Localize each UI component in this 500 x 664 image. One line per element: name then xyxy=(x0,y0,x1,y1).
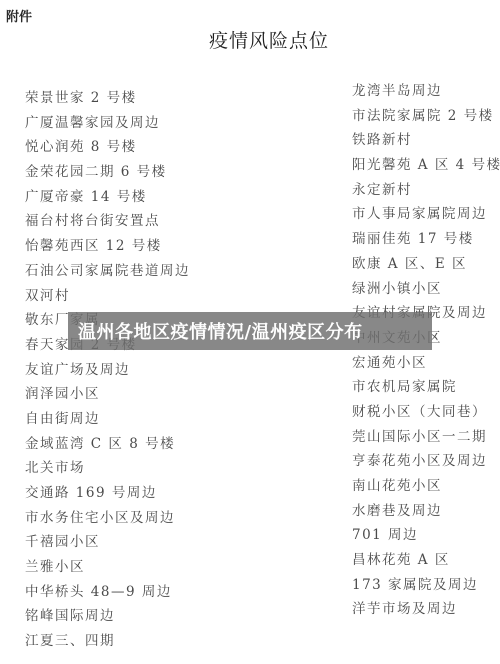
list-item: 广厦帝豪 14 号楼 xyxy=(25,185,190,210)
list-item: 怡馨苑西区 12 号楼 xyxy=(25,234,190,259)
list-item: 金荣花园二期 6 号楼 xyxy=(25,160,190,185)
list-item: 龙湾半岛周边 xyxy=(352,79,500,104)
list-item: 市水务住宅小区及周边 xyxy=(25,506,190,531)
list-item: 石油公司家属院巷道周边 xyxy=(25,259,190,284)
list-item: 双河村 xyxy=(25,284,190,309)
list-item: 市人事局家属院周边 xyxy=(352,202,500,227)
risk-points-left-column: 荣景世家 2 号楼 广厦温馨家园及周边 悦心润苑 8 号楼 金荣花园二期 6 号… xyxy=(25,86,190,654)
list-item: 亨泰花苑小区及周边 xyxy=(352,449,500,474)
list-item: 市农机局家属院 xyxy=(352,375,500,400)
list-item: 千禧园小区 xyxy=(25,530,190,555)
list-item: 市法院家属院 2 号楼 xyxy=(352,104,500,129)
page-title: 疫情风险点位 xyxy=(0,26,500,53)
list-item: 701 周边 xyxy=(352,523,500,548)
list-item: 江夏三、四期 xyxy=(25,629,190,654)
list-item: 阳光馨苑 A 区 4 号楼 xyxy=(352,153,500,178)
list-item: 昌林花苑 A 区 xyxy=(352,548,500,573)
list-item: 欧康 A 区、E 区 xyxy=(352,252,500,277)
risk-points-right-column: 龙湾半岛周边 市法院家属院 2 号楼 铁路新村 阳光馨苑 A 区 4 号楼 永定… xyxy=(352,79,500,622)
overlay-caption-text: 温州各地区疫情情况/温州疫区分布 xyxy=(78,318,363,344)
list-item: 友谊广场及周边 xyxy=(25,358,190,383)
list-item: 永定新村 xyxy=(352,178,500,203)
list-item: 兰雅小区 xyxy=(25,555,190,580)
list-item: 宏通苑小区 xyxy=(352,351,500,376)
list-item: 莞山国际小区一二期 xyxy=(352,425,500,450)
list-item: 北关市场 xyxy=(25,456,190,481)
list-item: 交通路 169 号周边 xyxy=(25,481,190,506)
list-item: 福台村将台街安置点 xyxy=(25,209,190,234)
list-item: 广厦温馨家园及周边 xyxy=(25,111,190,136)
list-item: 南山花苑小区 xyxy=(352,474,500,499)
list-item: 金域蓝湾 C 区 8 号楼 xyxy=(25,432,190,457)
list-item: 绿洲小镇小区 xyxy=(352,277,500,302)
list-item: 瑞丽佳苑 17 号楼 xyxy=(352,227,500,252)
list-item: 自由街周边 xyxy=(25,407,190,432)
list-item: 悦心润苑 8 号楼 xyxy=(25,135,190,160)
list-item: 洋芋市场及周边 xyxy=(352,597,500,622)
list-item: 水磨巷及周边 xyxy=(352,499,500,524)
list-item: 财税小区（大同巷） xyxy=(352,400,500,425)
list-item: 173 家属院及周边 xyxy=(352,573,500,598)
attachment-label: 附件 xyxy=(6,6,32,25)
list-item: 润泽园小区 xyxy=(25,382,190,407)
list-item: 中华桥头 48—9 周边 xyxy=(25,580,190,605)
list-item: 铁路新村 xyxy=(352,128,500,153)
list-item: 荣景世家 2 号楼 xyxy=(25,86,190,111)
overlay-caption-banner: 温州各地区疫情情况/温州疫区分布 xyxy=(68,312,432,350)
list-item: 铭峰国际周边 xyxy=(25,604,190,629)
